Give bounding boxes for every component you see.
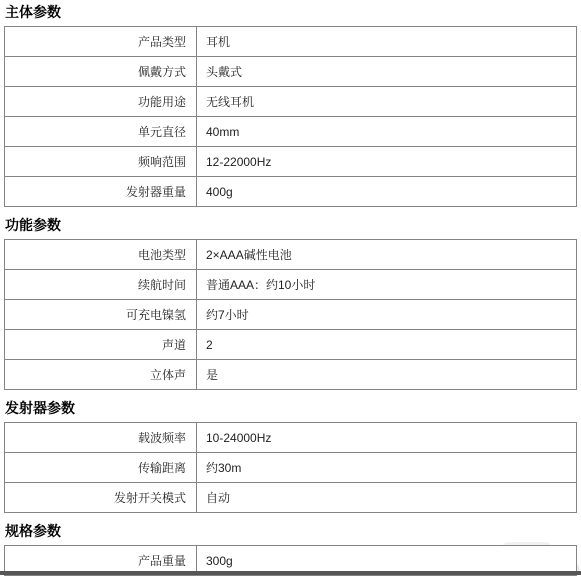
spec-label-cell: 可充电镍氢 bbox=[5, 300, 197, 330]
spec-sections: 主体参数产品类型耳机佩戴方式头戴式功能用途无线耳机单元直径40mm频响范围12-… bbox=[0, 0, 581, 576]
section-title: 功能参数 bbox=[5, 217, 577, 233]
spec-label-cell: 功能用途 bbox=[5, 87, 197, 117]
spec-row: 续航时间普通AAA：约10小时 bbox=[5, 270, 577, 300]
spec-row: 发射开关模式自动 bbox=[5, 483, 577, 513]
spec-table: 电池类型2×AAA碱性电池续航时间普通AAA：约10小时可充电镍氢约7小时声道2… bbox=[4, 239, 577, 390]
spec-row: 频响范围12-22000Hz bbox=[5, 147, 577, 177]
spec-label-cell: 产品类型 bbox=[5, 27, 197, 57]
spec-label-cell: 声道 bbox=[5, 330, 197, 360]
spec-row: 可充电镍氢约7小时 bbox=[5, 300, 577, 330]
spec-row: 立体声是 bbox=[5, 360, 577, 390]
spec-label-cell: 单元直径 bbox=[5, 117, 197, 147]
spec-label-cell: 立体声 bbox=[5, 360, 197, 390]
section-title: 发射器参数 bbox=[5, 400, 577, 416]
spec-label-cell: 续航时间 bbox=[5, 270, 197, 300]
spec-value-cell: 400g bbox=[197, 177, 577, 207]
spec-value-cell: 2 bbox=[197, 330, 577, 360]
spec-row: 功能用途无线耳机 bbox=[5, 87, 577, 117]
spec-row: 佩戴方式头戴式 bbox=[5, 57, 577, 87]
spec-value-cell: 约30m bbox=[197, 453, 577, 483]
spec-label-cell: 发射开关模式 bbox=[5, 483, 197, 513]
spec-label-cell: 发射器重量 bbox=[5, 177, 197, 207]
spec-value-cell: 普通AAA：约10小时 bbox=[197, 270, 577, 300]
spec-row: 单元直径40mm bbox=[5, 117, 577, 147]
product-spec-page: 主体参数产品类型耳机佩戴方式头戴式功能用途无线耳机单元直径40mm频响范围12-… bbox=[0, 0, 581, 576]
spec-label-cell: 佩戴方式 bbox=[5, 57, 197, 87]
spec-value-cell: 耳机 bbox=[197, 27, 577, 57]
spec-table: 产品类型耳机佩戴方式头戴式功能用途无线耳机单元直径40mm频响范围12-2200… bbox=[4, 26, 577, 207]
spec-label-cell: 载波频率 bbox=[5, 423, 197, 453]
spec-table: 载波频率10-24000Hz传输距离约30m发射开关模式自动 bbox=[4, 422, 577, 513]
spec-row: 产品类型耳机 bbox=[5, 27, 577, 57]
section-title: 规格参数 bbox=[5, 523, 577, 539]
spec-row: 声道2 bbox=[5, 330, 577, 360]
spec-row: 发射器重量400g bbox=[5, 177, 577, 207]
spec-value-cell: 40mm bbox=[197, 117, 577, 147]
spec-value-cell: 12-22000Hz bbox=[197, 147, 577, 177]
spec-label-cell: 传输距离 bbox=[5, 453, 197, 483]
spec-label-cell: 频响范围 bbox=[5, 147, 197, 177]
spec-value-cell: 自动 bbox=[197, 483, 577, 513]
spec-value-cell: 2×AAA碱性电池 bbox=[197, 240, 577, 270]
spec-value-cell: 10-24000Hz bbox=[197, 423, 577, 453]
bottom-divider-bar bbox=[0, 571, 581, 575]
spec-value-cell: 是 bbox=[197, 360, 577, 390]
spec-row: 传输距离约30m bbox=[5, 453, 577, 483]
spec-value-cell: 约7小时 bbox=[197, 300, 577, 330]
spec-value-cell: 无线耳机 bbox=[197, 87, 577, 117]
spec-label-cell: 电池类型 bbox=[5, 240, 197, 270]
section-title: 主体参数 bbox=[5, 4, 577, 20]
spec-value-cell: 头戴式 bbox=[197, 57, 577, 87]
spec-row: 载波频率10-24000Hz bbox=[5, 423, 577, 453]
spec-row: 电池类型2×AAA碱性电池 bbox=[5, 240, 577, 270]
